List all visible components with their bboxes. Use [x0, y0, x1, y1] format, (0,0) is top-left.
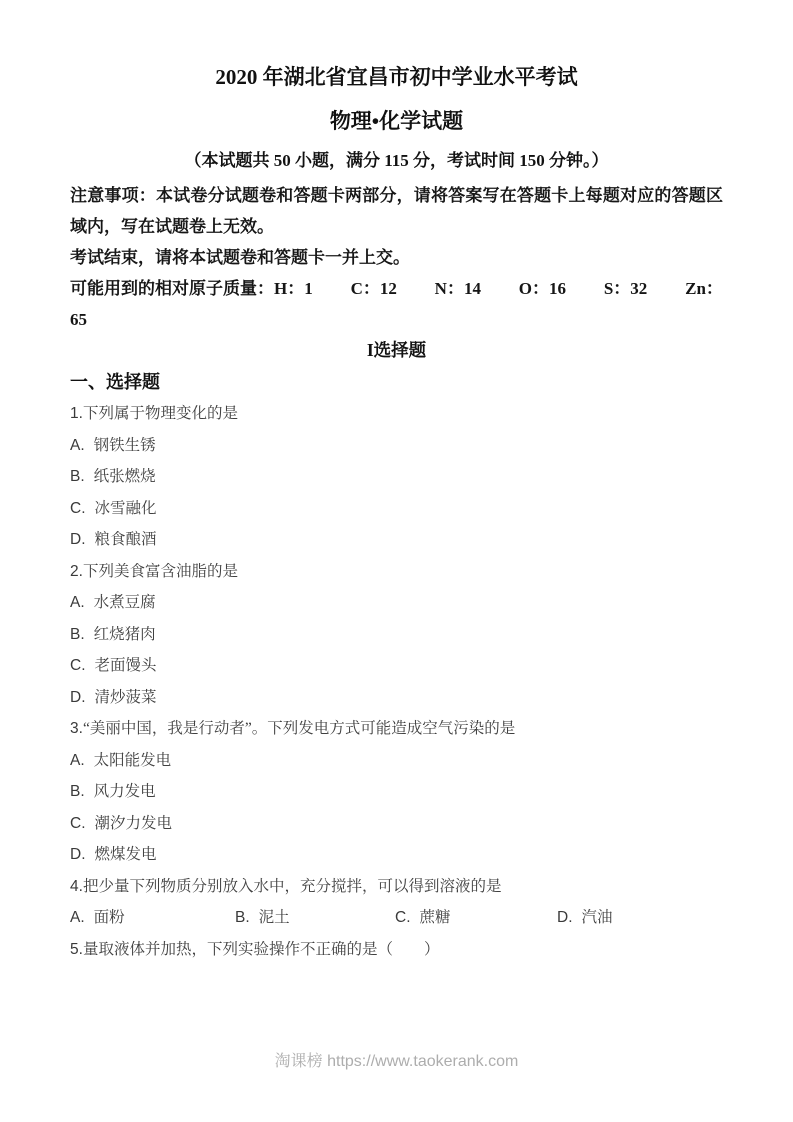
option-text: 汽油 — [582, 909, 613, 926]
question-2-option-d: D.清炒菠菜 — [70, 682, 723, 714]
question-3-text: “美丽中国，我是行动者”。下列发电方式可能造成空气污染的是 — [83, 720, 515, 737]
question-4-number: 4. — [70, 878, 83, 895]
option-text: 燃煤发电 — [95, 846, 157, 863]
atomic-mass-c: C：12 — [351, 273, 397, 304]
question-4-text: 把少量下列物质分别放入水中，充分搅拌，可以得到溶液的是 — [83, 878, 502, 895]
question-1: 1.下列属于物理变化的是 — [70, 398, 723, 430]
question-1-option-b: B.纸张燃烧 — [70, 461, 723, 493]
page-content: 2020 年湖北省宜昌市初中学业水平考试 物理•化学试题 （本试题共 50 小题… — [0, 0, 793, 965]
watermark-footer: 淘课榜 https://www.taokerank.com — [0, 1051, 793, 1073]
question-4-option-a: A.面粉 — [70, 902, 235, 934]
atomic-mass-zn: Zn： — [685, 273, 723, 304]
option-label: D. — [70, 689, 86, 706]
option-label: D. — [557, 909, 573, 926]
option-label: D. — [70, 846, 86, 863]
question-1-option-a: A.钢铁生锈 — [70, 430, 723, 462]
question-3-option-d: D.燃煤发电 — [70, 839, 723, 871]
option-text: 清炒菠菜 — [95, 689, 157, 706]
question-4-option-b: B.泥土 — [235, 902, 395, 934]
option-text: 纸张燃烧 — [94, 468, 156, 485]
watermark-text: 淘课榜 https://www.taokerank.com — [275, 1053, 519, 1070]
option-text: 蔗糖 — [420, 909, 451, 926]
option-text: 面粉 — [94, 909, 125, 926]
option-text: 太阳能发电 — [94, 752, 172, 769]
question-5: 5.量取液体并加热，下列实验操作不正确的是（ ） — [70, 934, 723, 966]
option-label: C. — [70, 815, 86, 832]
question-1-option-d: D.粮食酿酒 — [70, 524, 723, 556]
question-4-option-d: D.汽油 — [557, 902, 723, 934]
option-label: A. — [70, 594, 85, 611]
question-2-option-b: B.红烧猪肉 — [70, 619, 723, 651]
option-text: 老面馒头 — [95, 657, 157, 674]
option-label: D. — [70, 531, 86, 548]
option-text: 潮汐力发电 — [95, 815, 173, 832]
option-text: 钢铁生锈 — [94, 437, 156, 454]
option-label: B. — [70, 783, 85, 800]
question-3-option-c: C.潮汐力发电 — [70, 808, 723, 840]
question-3-option-b: B.风力发电 — [70, 776, 723, 808]
atomic-mass-line: 可能用到的相对原子质量：H：1 C：12 N：14 O：16 S：32 Zn： — [70, 273, 723, 304]
option-label: A. — [70, 752, 85, 769]
option-label: A. — [70, 909, 85, 926]
option-text: 水煮豆腐 — [94, 594, 156, 611]
question-1-text: 下列属于物理变化的是 — [83, 405, 238, 422]
page-title: 2020 年湖北省宜昌市初中学业水平考试 — [70, 62, 723, 92]
page-subtitle: 物理•化学试题 — [70, 106, 723, 136]
option-text: 红烧猪肉 — [94, 626, 156, 643]
option-label: C. — [70, 500, 86, 517]
option-label: A. — [70, 437, 85, 454]
option-text: 粮食酿酒 — [95, 531, 157, 548]
question-5-number: 5. — [70, 941, 83, 958]
question-2-option-a: A.水煮豆腐 — [70, 587, 723, 619]
option-label: C. — [395, 909, 411, 926]
atomic-mass-wrapped-value: 65 — [70, 304, 723, 335]
question-1-option-c: C.冰雪融化 — [70, 493, 723, 525]
option-text: 泥土 — [259, 909, 290, 926]
option-label: C. — [70, 657, 86, 674]
option-label: B. — [235, 909, 250, 926]
question-5-text: 量取液体并加热，下列实验操作不正确的是（ ） — [83, 941, 440, 958]
exam-paper-page: 2020 年湖北省宜昌市初中学业水平考试 物理•化学试题 （本试题共 50 小题… — [0, 0, 793, 1122]
question-2-text: 下列美食富含油脂的是 — [83, 563, 238, 580]
question-3-number: 3. — [70, 720, 83, 737]
question-1-number: 1. — [70, 405, 83, 422]
option-text: 风力发电 — [94, 783, 156, 800]
notice-paragraph: 注意事项：本试卷分试题卷和答题卡两部分，请将答案写在答题卡上每题对应的答题区域内… — [70, 180, 723, 242]
option-text: 冰雪融化 — [95, 500, 157, 517]
atomic-mass-label: 可能用到的相对原子质量：H：1 — [70, 273, 313, 304]
atomic-mass-s: S：32 — [604, 273, 647, 304]
question-4-options-row: A.面粉 B.泥土 C.蔗糖 D.汽油 — [70, 902, 723, 934]
question-4-option-c: C.蔗糖 — [395, 902, 557, 934]
question-3: 3.“美丽中国，我是行动者”。下列发电方式可能造成空气污染的是 — [70, 713, 723, 745]
option-label: B. — [70, 468, 85, 485]
question-2-option-c: C.老面馒头 — [70, 650, 723, 682]
atomic-mass-o: O：16 — [519, 273, 566, 304]
question-3-option-a: A.太阳能发电 — [70, 745, 723, 777]
option-label: B. — [70, 626, 85, 643]
section-heading: I选择题 — [70, 335, 723, 366]
exam-info-line: （本试题共 50 小题，满分 115 分，考试时间 150 分钟。） — [70, 148, 723, 174]
atomic-mass-n: N：14 — [435, 273, 481, 304]
question-2: 2.下列美食富含油脂的是 — [70, 556, 723, 588]
question-2-number: 2. — [70, 563, 83, 580]
question-4: 4.把少量下列物质分别放入水中，充分搅拌，可以得到溶液的是 — [70, 871, 723, 903]
submit-note-line: 考试结束，请将本试题卷和答题卡一并上交。 — [70, 242, 723, 273]
subsection-heading: 一、选择题 — [70, 366, 723, 398]
